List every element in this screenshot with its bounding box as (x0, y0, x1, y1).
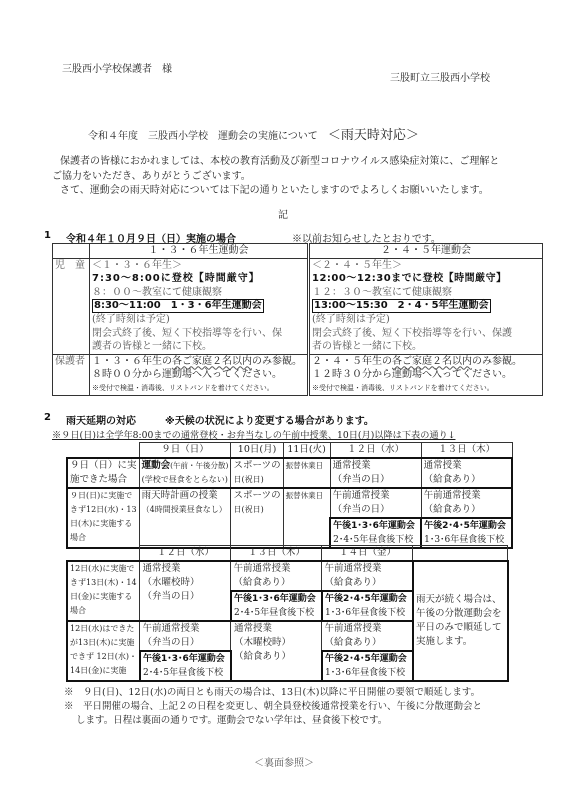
day12-cell: 通常授業（弁当の日） (330, 458, 421, 488)
header-day-12: １２日（水） (140, 546, 231, 562)
section1-header-row: １・３・６年生運動会 ２・４・５年運動会 (53, 244, 543, 259)
student-label: 児 童 (53, 258, 90, 354)
day13-pm-cell: 午後1･3･6年運動会2･4･5年昼食後下校 (231, 591, 322, 621)
day12-am-cell: 午前通常授業（弁当の日） (140, 621, 231, 651)
guardian-label: 保護者 (53, 354, 90, 396)
day13-am-cell: 午前通常授業（給食あり） (231, 561, 322, 591)
continued-rain-note: 雨天が続く場合は、午後の分散運動会を平日のみで順延して実施します。 (413, 561, 508, 681)
header-note (413, 546, 508, 562)
day9-cell: 雨天時計画の授業（4時間授業昼食なし） (139, 488, 231, 548)
end-note: (終了時刻は予定) (312, 313, 540, 327)
section1-number: 1 (44, 230, 51, 241)
header-day-9: ９日（日） (139, 443, 231, 459)
section2-note: ※天候の状況により変更する場合があります。 (165, 412, 374, 427)
sender: 三股町立三股西小学校 (390, 69, 490, 84)
day13-cell: 通常授業（木曜校時）（給食あり） (231, 621, 322, 681)
day12-am-cell: 午前通常授業（弁当の日） (330, 488, 421, 518)
day11-cell: 振替休業日 (283, 488, 330, 548)
row-label: ９日（日）に実施できた場合 (67, 458, 139, 488)
guardian-entry-time: ８時００分から運動場へ入ってください。 (92, 368, 305, 382)
footer-note-2b: します。日程は裏面の通りです。運動会でない学年は、昼食後下校です。 (76, 712, 387, 726)
day12-pm-cell: 午後1･3･6年運動会2･4･5年昼食後下校 (330, 518, 421, 548)
header-corner (53, 244, 90, 259)
row-label: 12日(水)はできたが13日(木)に実施できず 12日(水)・14日(金)に実施 (67, 621, 140, 681)
header-day-13: １３日（木） (421, 443, 512, 459)
addressee: 三股西小学校保護者 様 (62, 60, 172, 75)
intro-line-2: ご協力をいただき、ありがとうございます。 (52, 167, 251, 182)
section2-heading: 雨天延期の対応 (66, 412, 136, 427)
health-check: ８：００～教室にて健康観察 (92, 286, 305, 300)
guardian-limit: 各ご家庭２名以内 (392, 356, 472, 367)
guardian-reception-note: ※受付で検温・消毒後、リストバンドを着けてください。 (312, 382, 540, 396)
after-text-1: 閉会式終了後、短く下校指導等を行い、保 (92, 327, 305, 341)
table2-corner (67, 546, 140, 562)
page-title: 令和４年度 三股西小学校 運動会の実施について ＜雨天時対応＞ (88, 124, 419, 143)
table2-header-row: １２日（水） １３日（木） １４日（金） (67, 546, 508, 562)
day10-cell: スポーツの日(祝日) (231, 488, 283, 548)
footer-note-2a: ※ 平日開催の場合、上記２の日程を変更し、朝全員登校後通常授業を行い、午後に分散… (64, 698, 482, 712)
student-row: 児 童 ＜１・３・６年生＞ 7:30～8:00に登校【時間厳守】 ８：００～教室… (53, 258, 543, 354)
title-main: 令和４年度 三股西小学校 運動会の実施について (88, 131, 328, 142)
day11-cell: 振替休業日 (283, 458, 330, 488)
section2-number: 2 (44, 412, 51, 423)
header-day-12: １２日（水） (330, 443, 421, 459)
student-245-cell: ＜２・４・５年生＞ 12:00～12:30までに登校【時間厳守】 １２：３０～教… (309, 258, 543, 354)
day10-cell: スポーツの日(祝日) (231, 458, 283, 488)
intro-line-3: さて、運動会の雨天時対応については下記の通りといたしますのでよろしくお願いいたし… (60, 181, 489, 196)
guardian-136-cell: １・３・６年生の各ご家庭２名以内のみ参観。 ８時００分から運動場へ入ってください… (90, 354, 309, 396)
grade-label: ＜１・３・６年生＞ (92, 259, 305, 273)
guardian-text: １・３・６年生の (92, 356, 172, 367)
arrival-time: 7:30～8:00に登校【時間厳守】 (92, 272, 305, 286)
guardian-text: のみ参観。 (252, 356, 302, 367)
guardian-reception-note: ※受付で検温・消毒後、リストバンドを着けてください。 (92, 382, 305, 396)
ki-marker: 記 (278, 206, 288, 221)
event-time: 13:00～15:30 2・4・5年生運動会 (312, 299, 491, 313)
day12-pm-cell: 午後1･3･6年運動会2･4･5年昼食後下校 (140, 651, 231, 681)
schedule-table-1: ９日（日） 10日(月) 11日(火) １２日（水） １３日（木） ９日（日）に… (66, 442, 513, 549)
student-136-cell: ＜１・３・６年生＞ 7:30～8:00に登校【時間厳守】 ８：００～教室にて健康… (90, 258, 309, 354)
table2-row-a: 12日(水)に実施できず13日(木)・14日(金)に実施する場合 通常授業（水曜… (67, 561, 508, 591)
guardian-text: ２・４・５年生の (312, 356, 392, 367)
table1-corner (67, 443, 139, 459)
day14-pm-cell: 午後2･4･5年運動会1･3･6年昼食後下校 (322, 591, 413, 621)
day12-cell: 通常授業（水曜校時）（弁当の日） (140, 561, 231, 621)
arrival-time: 12:00～12:30までに登校【時間厳守】 (312, 272, 540, 286)
table1-row-held: ９日（日）に実施できた場合 運動会(午前・午後分散)(学校で昼食をとらない) ス… (67, 458, 512, 488)
day13-cell: 通常授業（給食あり） (421, 458, 512, 488)
header-day-13: １３日（木） (231, 546, 322, 562)
header-day-10: 10日(月) (231, 443, 283, 459)
after-text-1: 閉会式終了後、短く下校指導等を行い、保護 (312, 327, 540, 341)
event-time: 8:30～11:00 1・3・6年生運動会 (92, 299, 264, 313)
guardian-text: のみ参観。 (472, 356, 522, 367)
guardian-entry-time: １２時３０分から運動場へ入ってください。 (312, 368, 540, 382)
guardian-245-cell: ２・４・５年生の各ご家庭２名以内のみ参観。 １２時３０分から運動場へ入ってくださ… (309, 354, 543, 396)
schedule-table-2: １２日（水） １３日（木） １４日（金） 12日(水)に実施できず13日(木)・… (66, 545, 509, 682)
day13-am-cell: 午前通常授業（給食あり） (421, 488, 512, 518)
intro-line-1: 保護者の皆様におかれましては、本校の教育活動及び新型コロナウイルス感染症対策に、… (60, 152, 499, 167)
header-136: １・３・６年生運動会 (90, 244, 309, 259)
day9-cell: 運動会(午前・午後分散)(学校で昼食をとらない) (139, 458, 231, 488)
section1-table: １・３・６年生運動会 ２・４・５年運動会 児 童 ＜１・３・６年生＞ 7:30～… (52, 243, 543, 396)
table1-row-postponed: ９日(日)に実施できず12日(水)・13日(木)に実施する場合 雨天時計画の授業… (67, 488, 512, 518)
row-label: 12日(水)に実施できず13日(木)・14日(金)に実施する場合 (67, 561, 140, 621)
footer-note-1: ※ ９日(日)、12日(水)の両日とも雨天の場合は、13日(木)以降に平日開催の… (64, 684, 480, 698)
row-label: ９日(日)に実施できず12日(水)・13日(木)に実施する場合 (67, 488, 139, 548)
end-note: (終了時刻は予定) (92, 313, 305, 327)
header-day-11: 11日(火) (283, 443, 330, 459)
grade-label: ＜２・４・５年生＞ (312, 259, 540, 273)
header-day-14: １４日（金） (322, 546, 413, 562)
header-245: ２・４・５年運動会 (309, 244, 543, 259)
guardian-row: 保護者 １・３・６年生の各ご家庭２名以内のみ参観。 ８時００分から運動場へ入って… (53, 354, 543, 396)
guardian-limit: 各ご家庭２名以内 (172, 356, 252, 367)
table1-header-row: ９日（日） 10日(月) 11日(火) １２日（水） １３日（木） (67, 443, 512, 459)
day14-am-cell: 午前通常授業（給食あり） (322, 561, 413, 591)
section2-subnote: ※９日(日)は全学年8:00までの通常登校・お弁当なしの午前中授業、10日(月)… (52, 427, 455, 441)
title-sub: ＜雨天時対応＞ (328, 128, 419, 143)
day14-am-cell: 午前通常授業（給食あり） (322, 621, 413, 651)
health-check: １２：３０～教室にて健康観察 (312, 286, 540, 300)
day13-pm-cell: 午後2･4･5年運動会1･3･6年昼食後下校 (421, 518, 512, 548)
after-text-2: 護者の皆様と一緒に下校。 (92, 340, 305, 354)
day14-pm-cell: 午後2･4･5年運動会1･3･6年昼食後下校 (322, 651, 413, 681)
after-text-2: 者の皆様と一緒に下校。 (312, 340, 540, 354)
see-back-label: ＜裏面参照＞ (254, 754, 314, 769)
